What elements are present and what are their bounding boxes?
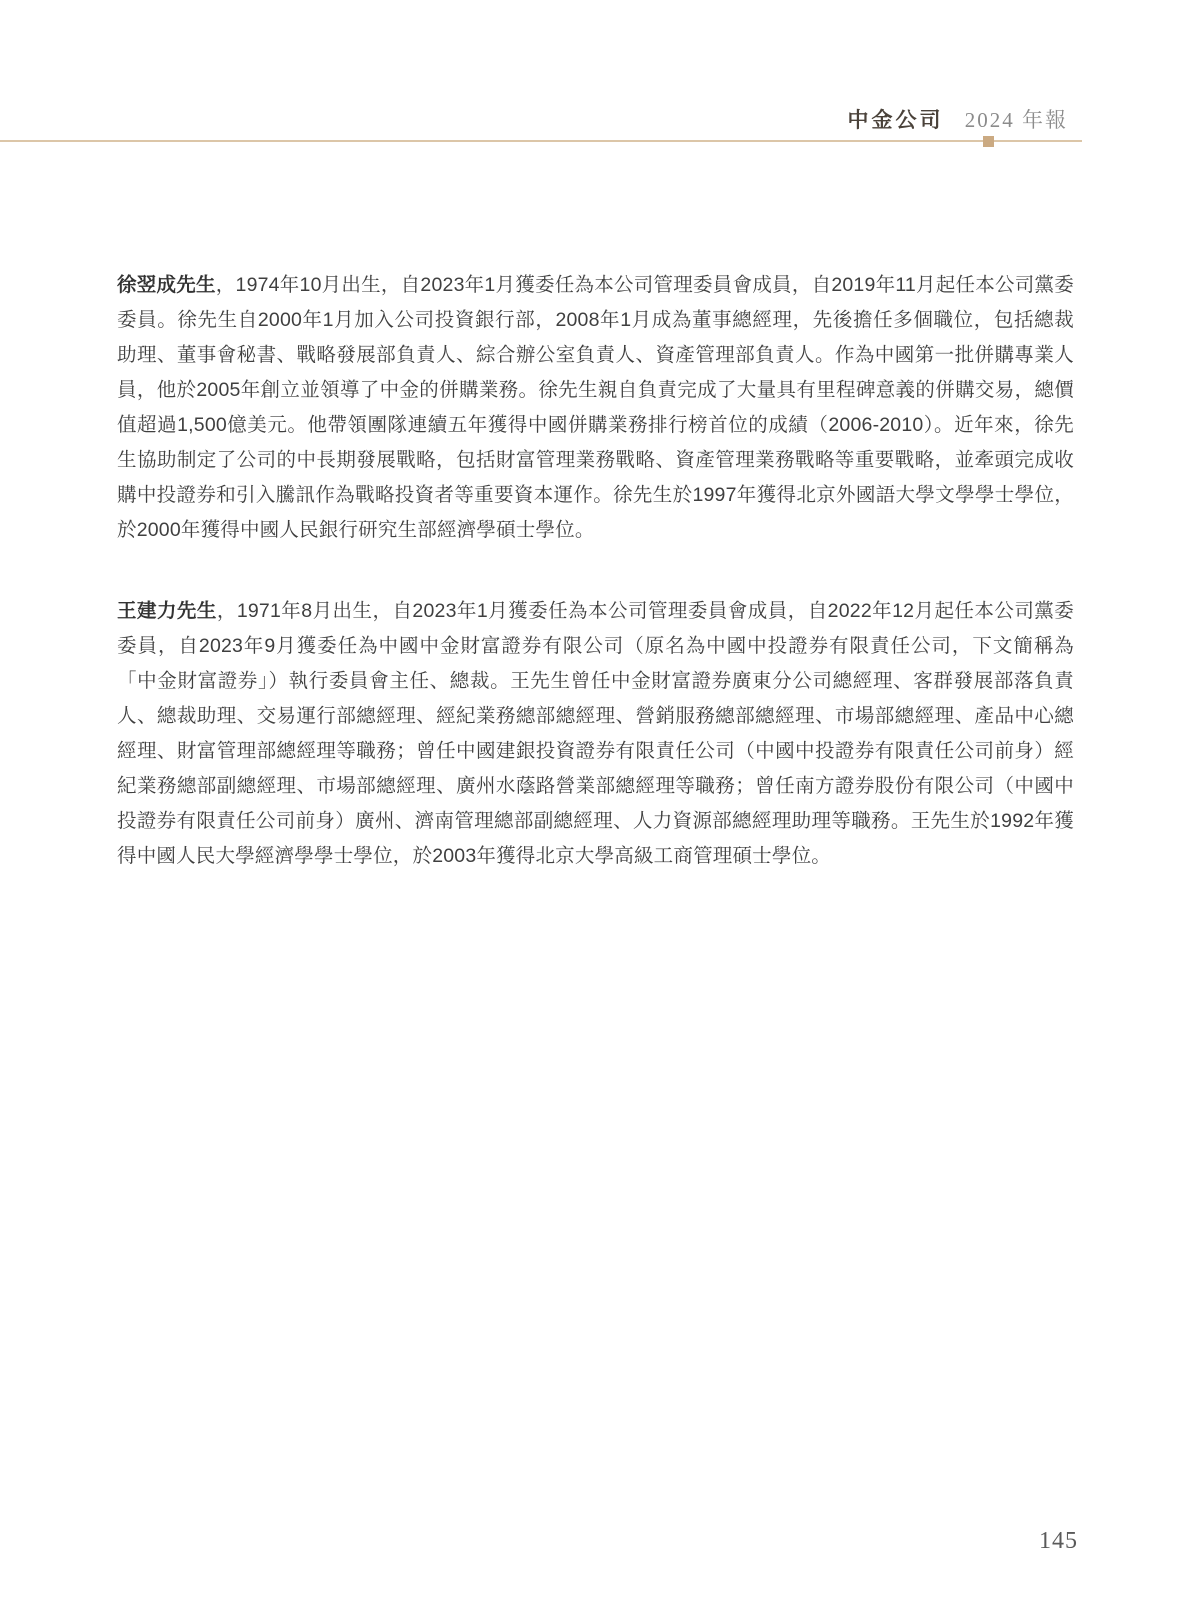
header-rule bbox=[0, 140, 1082, 142]
annual-report-page: 中金公司 2024 年報 徐翌成先生，1974年10月出生，自2023年1月獲委… bbox=[0, 0, 1190, 1615]
header-rule-square-ornament bbox=[983, 136, 994, 147]
report-title: 2024 年報 bbox=[965, 108, 1068, 132]
bio-paragraph-wang-jianli: 王建力先生，1971年8月出生，自2023年1月獲委任為本公司管理委員會成員，自… bbox=[117, 594, 1074, 874]
biography-section: 徐翌成先生，1974年10月出生，自2023年1月獲委任為本公司管理委員會成員，… bbox=[117, 268, 1074, 874]
company-name: 中金公司 bbox=[848, 108, 944, 132]
bio-paragraph-xu-yicheng: 徐翌成先生，1974年10月出生，自2023年1月獲委任為本公司管理委員會成員，… bbox=[117, 268, 1074, 548]
page-number: 145 bbox=[1039, 1528, 1078, 1555]
bio-text: ，1971年8月出生，自2023年1月獲委任為本公司管理委員會成員，自2022年… bbox=[117, 600, 1074, 867]
bio-text: ，1974年10月出生，自2023年1月獲委任為本公司管理委員會成員，自2019… bbox=[117, 274, 1074, 541]
person-name: 徐翌成先生 bbox=[117, 274, 216, 296]
page-header: 中金公司 2024 年報 bbox=[848, 104, 1069, 134]
person-name: 王建力先生 bbox=[117, 600, 217, 622]
